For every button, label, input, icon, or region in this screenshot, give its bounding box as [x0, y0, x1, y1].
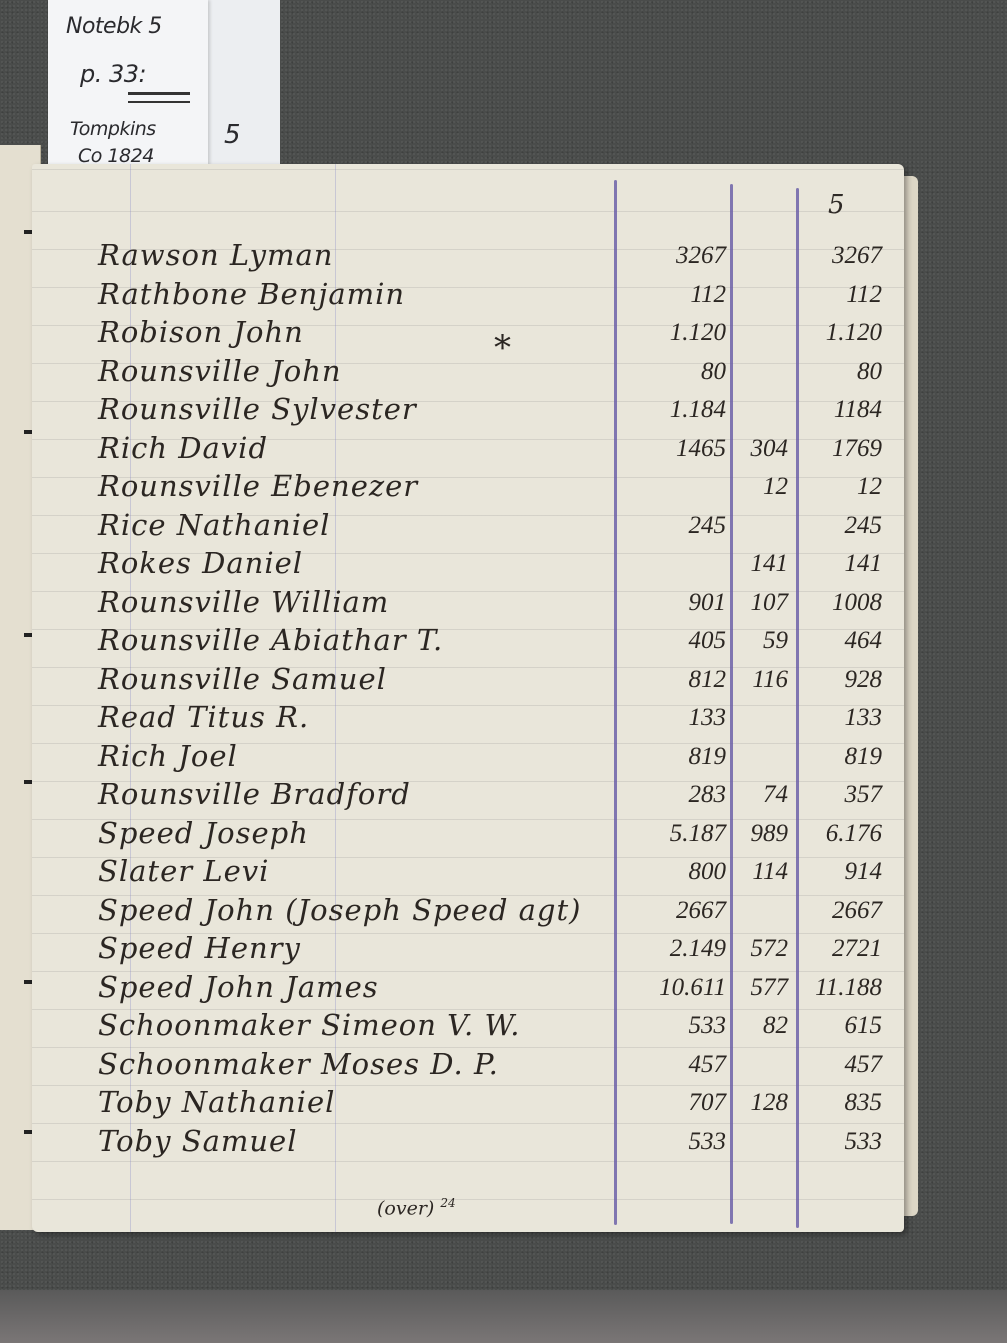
- amount-2: 128: [732, 1089, 788, 1117]
- amount-1: 1.184: [622, 396, 726, 424]
- table-row: Rokes Daniel141141: [32, 544, 904, 583]
- amount-1: 707: [622, 1089, 726, 1117]
- entry-name: Speed Henry: [98, 931, 301, 965]
- entry-name: Schoonmaker Simeon V. W.: [98, 1008, 520, 1042]
- entry-name: Rice Nathaniel: [98, 508, 330, 542]
- entry-name: Rawson Lyman: [98, 238, 333, 272]
- table-row: Rich David14653041769: [32, 429, 904, 468]
- amount-total: 245: [802, 512, 882, 540]
- entry-name: Rounsville William: [98, 585, 389, 619]
- amount-1: 405: [622, 627, 726, 655]
- table-row: Read Titus R.133133: [32, 698, 904, 737]
- table-row: Rounsville Abiathar T.40559464: [32, 621, 904, 660]
- table-row: Rounsville Sylvester1.1841184: [32, 390, 904, 429]
- table-row: Schoonmaker Simeon V. W.53382615: [32, 1006, 904, 1045]
- amount-1: 80: [622, 358, 726, 386]
- amount-total: 533: [802, 1128, 882, 1156]
- amount-2: 572: [732, 935, 788, 963]
- amount-2: 989: [732, 820, 788, 848]
- amount-total: 914: [802, 858, 882, 886]
- table-row: Rounsville Bradford28374357: [32, 775, 904, 814]
- amount-total: 464: [802, 627, 882, 655]
- table-row: Speed Henry2.1495722721: [32, 929, 904, 968]
- table-row: Toby Samuel533533: [32, 1122, 904, 1161]
- entry-name: Schoonmaker Moses D. P.: [98, 1047, 499, 1081]
- entry-name: Speed John James: [98, 970, 379, 1004]
- over-note: (over) 24: [377, 1196, 456, 1219]
- amount-2: 114: [732, 858, 788, 886]
- entry-name: Rounsville Bradford: [98, 777, 411, 811]
- entry-name: Rokes Daniel: [98, 546, 303, 580]
- amount-1: 5.187: [622, 820, 726, 848]
- entry-name: Robison John: [98, 315, 304, 349]
- amount-1: 533: [622, 1012, 726, 1040]
- entry-name: Rich David: [98, 431, 268, 465]
- amount-total: 835: [802, 1089, 882, 1117]
- amount-1: 245: [622, 512, 726, 540]
- amount-1: 819: [622, 743, 726, 771]
- entry-name: Rounsville Samuel: [98, 662, 387, 696]
- amount-2: 59: [732, 627, 788, 655]
- amount-2: 141: [732, 550, 788, 578]
- amount-1: 1.120: [622, 319, 726, 347]
- entry-name: Speed Joseph: [98, 816, 309, 850]
- amount-total: 12: [802, 473, 882, 501]
- amount-total: 1008: [802, 589, 882, 617]
- amount-2: 577: [732, 974, 788, 1002]
- amount-1: 133: [622, 704, 726, 732]
- table-row: Rich Joel819819: [32, 737, 904, 776]
- table-row: Robison John1.1201.120: [32, 313, 904, 352]
- sticky-back-mark: 5: [224, 120, 240, 150]
- amount-1: 2667: [622, 897, 726, 925]
- table-row: Speed Joseph5.1879896.176: [32, 814, 904, 853]
- table-row: Rounsville John8080: [32, 352, 904, 391]
- table-row: Speed John James10.61157711.188: [32, 968, 904, 1007]
- amount-1: 283: [622, 781, 726, 809]
- over-note-superscript: 24: [440, 1196, 455, 1210]
- amount-total: 1184: [802, 396, 882, 424]
- table-row: Rounsville Samuel812116928: [32, 660, 904, 699]
- entry-name: Rich Joel: [98, 739, 238, 773]
- table-row: Rawson Lyman32673267: [32, 236, 904, 275]
- amount-total: 1.120: [802, 319, 882, 347]
- amount-total: 928: [802, 666, 882, 694]
- amount-1: 457: [622, 1051, 726, 1079]
- amount-total: 11.188: [802, 974, 882, 1002]
- sticky-note: Notebk 5 p. 33: Tompkins Co 1824: [48, 0, 208, 166]
- amount-1: 901: [622, 589, 726, 617]
- table-row: Rathbone Benjamin112112: [32, 275, 904, 314]
- amount-total: 3267: [802, 242, 882, 270]
- table-row: Rice Nathaniel245245: [32, 506, 904, 545]
- amount-total: 141: [802, 550, 882, 578]
- amount-1: 800: [622, 858, 726, 886]
- entry-name: Rathbone Benjamin: [98, 277, 405, 311]
- amount-1: 533: [622, 1128, 726, 1156]
- amount-total: 112: [802, 281, 882, 309]
- entry-name: Rounsville John: [98, 354, 342, 388]
- amount-total: 80: [802, 358, 882, 386]
- arrow-icon: [128, 92, 190, 103]
- table-row: Rounsville William9011071008: [32, 583, 904, 622]
- sticky-page-ref: p. 33:: [80, 60, 146, 88]
- amount-total: 2667: [802, 897, 882, 925]
- amount-1: 10.611: [622, 974, 726, 1002]
- entry-name: Toby Nathaniel: [98, 1085, 335, 1119]
- amount-total: 6.176: [802, 820, 882, 848]
- amount-2: 82: [732, 1012, 788, 1040]
- ledger-table: Rawson Lyman32673267 Rathbone Benjamin11…: [32, 236, 904, 1160]
- entry-name: Slater Levi: [98, 854, 269, 888]
- table-row: Rounsville Ebenezer1212: [32, 467, 904, 506]
- table-row: Toby Nathaniel707128835: [32, 1083, 904, 1122]
- entry-name: Speed John (Joseph Speed agt): [98, 893, 581, 927]
- amount-total: 457: [802, 1051, 882, 1079]
- entry-name: Read Titus R.: [98, 700, 309, 734]
- ledger-page: 5 * Rawson Lyman32673267 Rathbone Benjam…: [32, 164, 904, 1232]
- over-note-text: (over): [377, 1197, 434, 1219]
- entry-name: Rounsville Sylvester: [98, 392, 417, 426]
- amount-1: 112: [622, 281, 726, 309]
- page-number: 5: [828, 190, 845, 220]
- entry-name: Rounsville Ebenezer: [98, 469, 418, 503]
- amount-total: 357: [802, 781, 882, 809]
- amount-total: 1769: [802, 435, 882, 463]
- amount-1: 812: [622, 666, 726, 694]
- background-surface: [0, 1290, 1007, 1343]
- sticky-note-back: 5: [196, 0, 280, 170]
- amount-total: 2721: [802, 935, 882, 963]
- sticky-notebook: Notebk 5: [66, 14, 162, 39]
- amount-2: 12: [732, 473, 788, 501]
- amount-1: 3267: [622, 242, 726, 270]
- amount-total: 615: [802, 1012, 882, 1040]
- entry-name: Rounsville Abiathar T.: [98, 623, 443, 657]
- amount-total: 133: [802, 704, 882, 732]
- amount-2: 107: [732, 589, 788, 617]
- amount-1: 2.149: [622, 935, 726, 963]
- table-row: Speed John (Joseph Speed agt)26672667: [32, 891, 904, 930]
- amount-1: 1465: [622, 435, 726, 463]
- table-row: Slater Levi800114914: [32, 852, 904, 891]
- entry-name: Toby Samuel: [98, 1124, 298, 1158]
- amount-2: 304: [732, 435, 788, 463]
- amount-2: 116: [732, 666, 788, 694]
- sticky-county: Tompkins: [70, 118, 156, 140]
- amount-total: 819: [802, 743, 882, 771]
- amount-2: 74: [732, 781, 788, 809]
- table-row: Schoonmaker Moses D. P.457457: [32, 1045, 904, 1084]
